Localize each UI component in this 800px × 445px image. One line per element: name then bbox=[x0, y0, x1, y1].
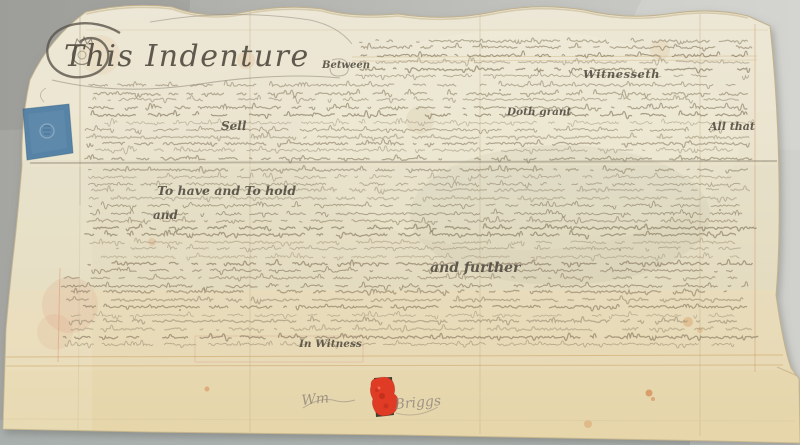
photo-of-indenture-document: This Indenture Between Witnesseth Doth g… bbox=[0, 0, 800, 445]
phrase-between: Between bbox=[321, 60, 370, 71]
phrase-to-have-and-to-hold: To have and To hold bbox=[157, 183, 296, 198]
phrase-sell: Sell bbox=[221, 119, 247, 133]
document-heading: This Indenture bbox=[64, 39, 310, 74]
indenture-photo-canvas: This Indenture Between Witnesseth Doth g… bbox=[0, 0, 800, 445]
phrase-doth-grant: Doth grant bbox=[506, 106, 572, 118]
seal-impression bbox=[379, 393, 385, 399]
phrase-witnesseth: Witnesseth bbox=[583, 67, 660, 81]
stamp-inner-panel bbox=[28, 110, 67, 154]
phrase-all-that: All that bbox=[708, 120, 755, 133]
phrase-in-witness: In Witness bbox=[298, 338, 362, 350]
revenue-stamp bbox=[23, 104, 73, 160]
phrase-and-further: and further bbox=[430, 260, 522, 276]
phrase-and: and bbox=[153, 208, 179, 222]
